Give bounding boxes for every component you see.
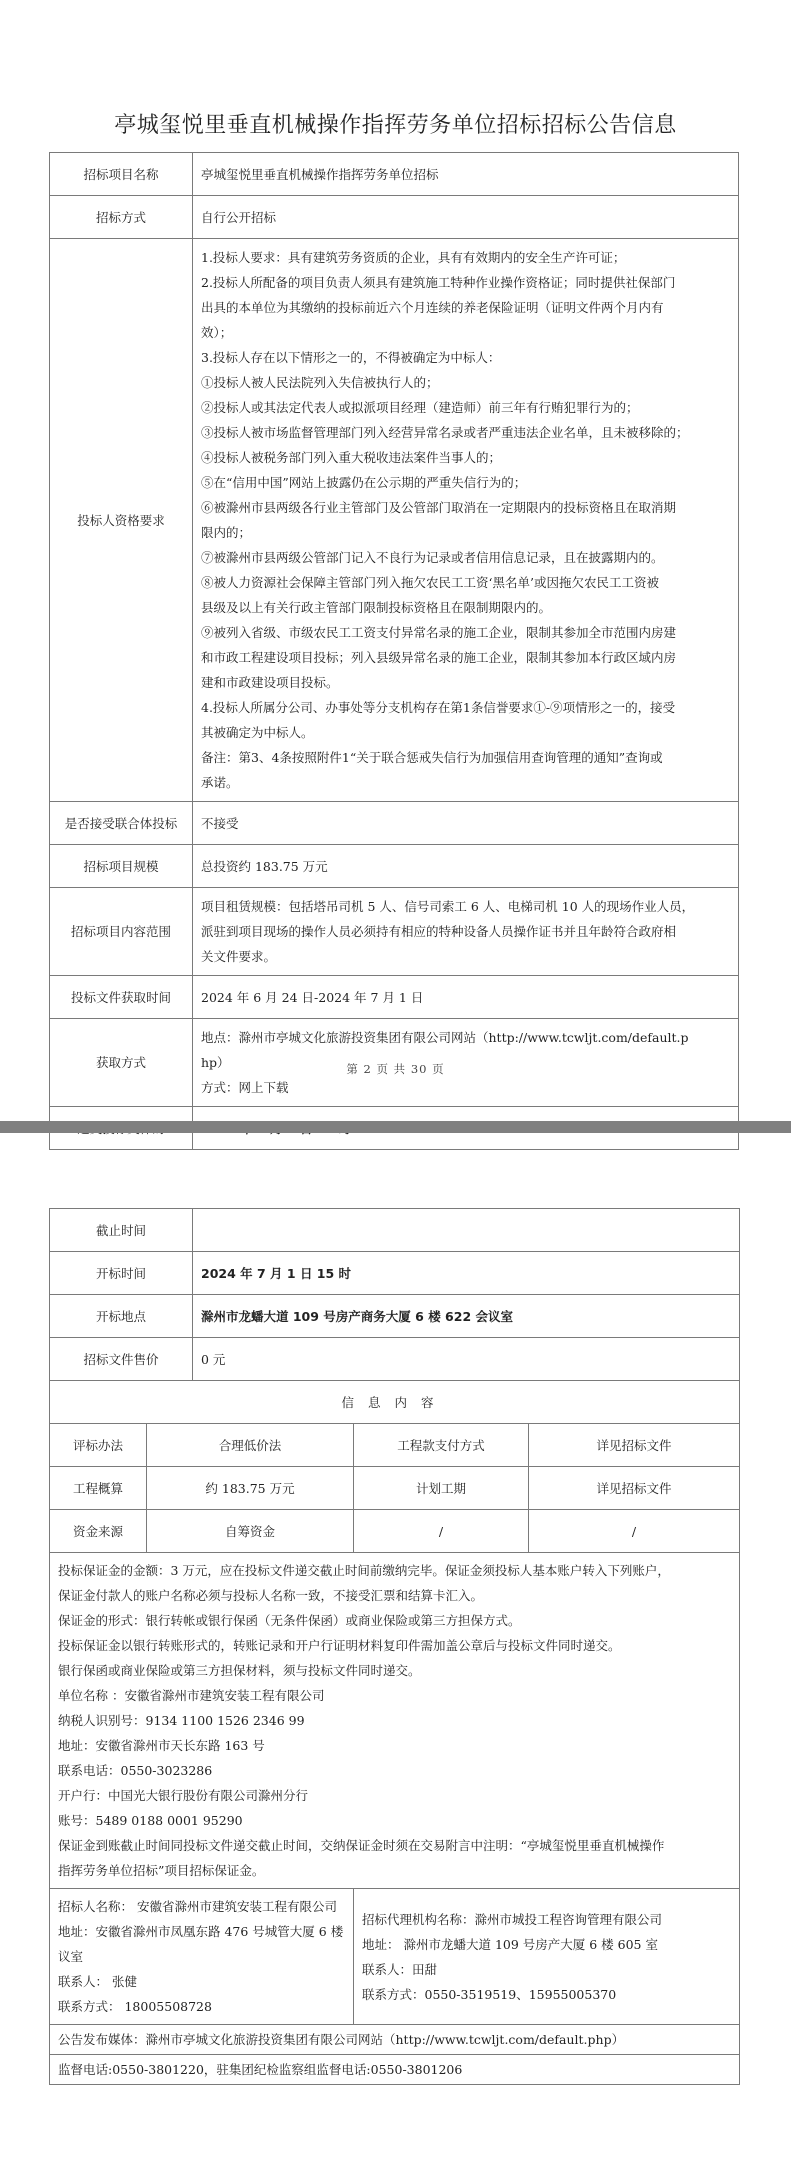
- table-row: 招标项目内容范围 项目租赁规模：包括塔吊司机 5 人、信号司索工 6 人、电梯司…: [50, 888, 739, 976]
- table-row: 截止时间: [50, 1209, 740, 1252]
- deadline-value: [193, 1209, 740, 1252]
- table-row: 公告发布媒体：滁州市亭城文化旅游投资集团有限公司网站（http://www.tc…: [50, 2025, 740, 2055]
- row-label: 招标文件售价: [50, 1338, 193, 1381]
- deposit-line: 保证金付款人的账户名称必须与投标人名称一致，不接受汇票和结算卡汇入。: [58, 1583, 731, 1608]
- table-row: 开标地点 滁州市龙蟠大道 109 号房产商务大厦 6 楼 622 会议室: [50, 1295, 740, 1338]
- grid-cell: 详见招标文件: [529, 1424, 740, 1467]
- requirement-line: 其被确定为中标人。: [201, 720, 730, 745]
- requirement-line: 县级及以上有关行政主管部门限制投标资格且在限制期限内的。: [201, 595, 730, 620]
- tenderer-line: 联系人： 张健: [58, 1969, 345, 1994]
- tender-info-table-page1: 招标项目名称 亭城玺悦里垂直机械操作指挥劳务单位招标 招标方式 自行公开招标 投…: [49, 152, 739, 1150]
- document-price-value: 0 元: [193, 1338, 740, 1381]
- deposit-line: 开户行：中国光大银行股份有限公司滁州分行: [58, 1783, 731, 1808]
- scope-value: 项目租赁规模：包括塔吊司机 5 人、信号司索工 6 人、电梯司机 10 人的现场…: [193, 888, 739, 976]
- row-label: 招标项目名称: [50, 153, 193, 196]
- project-name-value: 亭城玺悦里垂直机械操作指挥劳务单位招标: [193, 153, 739, 196]
- scope-line: 派驻到项目现场的操作人员必须持有相应的特种设备人员操作证书并且年龄符合政府相: [201, 919, 730, 944]
- agent-line: 联系人：田甜: [362, 1957, 731, 1982]
- deposit-line: 账号：5489 0188 0001 95290: [58, 1808, 731, 1833]
- requirement-line: ⑥被滁州市县两级各行业主管部门及公管部门取消在一定期限内的投标资格且在取消期: [201, 495, 730, 520]
- deposit-line: 联系电话：0550-3023286: [58, 1758, 731, 1783]
- requirement-line: 4.投标人所属分公司、办事处等分支机构存在第1条信誉要求①-⑨项情形之一的，接受: [201, 695, 730, 720]
- page-number: 第 2 页 共 30 页: [0, 1061, 791, 1077]
- qualification-requirements: 1.投标人要求：具有建筑劳务资质的企业，具有有效期内的安全生产许可证； 2.投标…: [193, 239, 739, 802]
- requirement-line: 效）；: [201, 320, 730, 345]
- deposit-line: 纳税人识别号：9134 1100 1526 2346 99: [58, 1708, 731, 1733]
- row-label: 开标时间: [50, 1252, 193, 1295]
- opening-location-value: 滁州市龙蟠大道 109 号房产商务大厦 6 楼 622 会议室: [193, 1295, 740, 1338]
- deposit-line: 单位名称 ：安徽省滁州市建筑安装工程有限公司: [58, 1683, 731, 1708]
- scale-value: 总投资约 183.75 万元: [193, 845, 739, 888]
- table-row: 投标人资格要求 1.投标人要求：具有建筑劳务资质的企业，具有有效期内的安全生产许…: [50, 239, 739, 802]
- table-row: 信息内容: [50, 1381, 740, 1424]
- row-label: 招标方式: [50, 196, 193, 239]
- obtain-time-value: 2024 年 6 月 24 日-2024 年 7 月 1 日: [193, 976, 739, 1019]
- grid-cell: 合理低价法: [147, 1424, 354, 1467]
- deposit-line: 投标保证金的金额：3 万元，应在投标文件递交截止时间前缴纳完毕。保证金须投标人基…: [58, 1558, 731, 1583]
- requirement-line: 建和市政建设项目投标。: [201, 670, 730, 695]
- page-separator: [0, 1121, 791, 1133]
- requirement-line: ⑦被滁州市县两级公管部门记入不良行为记录或者信用信息记录，且在披露期内的。: [201, 545, 730, 570]
- deposit-line: 投标保证金以银行转账形式的，转账记录和开户行证明材料复印件需加盖公章后与投标文件…: [58, 1633, 731, 1658]
- grid-cell: 评标办法: [50, 1424, 147, 1467]
- agent-line: 招标代理机构名称：滁州市城投工程咨询管理有限公司: [362, 1907, 731, 1932]
- page-title: 亭城玺悦里垂直机械操作指挥劳务单位招标招标公告信息: [0, 112, 791, 140]
- grid-cell: 工程概算: [50, 1467, 147, 1510]
- row-label: 招标项目内容范围: [50, 888, 193, 976]
- requirement-line: 限内的；: [201, 520, 730, 545]
- row-label: 投标文件获取时间: [50, 976, 193, 1019]
- tenderer-line: 议室: [58, 1944, 345, 1969]
- requirement-line: 2.投标人所配备的项目负责人须具有建筑施工特种作业操作资格证；同时提供社保部门: [201, 270, 730, 295]
- agent-info: 招标代理机构名称：滁州市城投工程咨询管理有限公司 地址： 滁州市龙蟠大道 109…: [354, 1889, 740, 2025]
- table-row: 开标时间 2024 年 7 月 1 日 15 时: [50, 1252, 740, 1295]
- requirement-line: ③投标人被市场监督管理部门列入经营异常名录或者严重违法企业名单，且未被移除的；: [201, 420, 730, 445]
- scope-line: 关文件要求。: [201, 944, 730, 969]
- row-label: 投标人资格要求: [50, 239, 193, 802]
- tender-method-value: 自行公开招标: [193, 196, 739, 239]
- table-row: 投标文件获取时间 2024 年 6 月 24 日-2024 年 7 月 1 日: [50, 976, 739, 1019]
- requirement-line: 3.投标人存在以下情形之一的，不得被确定为中标人：: [201, 345, 730, 370]
- deposit-info: 投标保证金的金额：3 万元，应在投标文件递交截止时间前缴纳完毕。保证金须投标人基…: [50, 1553, 740, 1889]
- requirement-line: 承诺。: [201, 770, 730, 795]
- row-label: 是否接受联合体投标: [50, 802, 193, 845]
- grid-cell: 计划工期: [354, 1467, 529, 1510]
- agent-line: 联系方式：0550-3519519、15955005370: [362, 1982, 731, 2007]
- row-label: 开标地点: [50, 1295, 193, 1338]
- table-row: 是否接受联合体投标 不接受: [50, 802, 739, 845]
- table-row: 招标人名称： 安徽省滁州市建筑安装工程有限公司 地址：安徽省滁州市凤凰东路 47…: [50, 1889, 740, 2025]
- requirement-line: ⑤在“信用中国”网站上披露仍在公示期的严重失信行为的；: [201, 470, 730, 495]
- tenderer-info: 招标人名称： 安徽省滁州市建筑安装工程有限公司 地址：安徽省滁州市凤凰东路 47…: [50, 1889, 354, 2025]
- agent-line: 地址： 滁州市龙蟠大道 109 号房产大厦 6 楼 605 室: [362, 1932, 731, 1957]
- requirement-line: ①投标人被人民法院列入失信被执行人的；: [201, 370, 730, 395]
- table-row: 评标办法 合理低价法 工程款支付方式 详见招标文件: [50, 1424, 740, 1467]
- consortium-value: 不接受: [193, 802, 739, 845]
- table-row: 招标项目名称 亭城玺悦里垂直机械操作指挥劳务单位招标: [50, 153, 739, 196]
- obtain-method-line: 方式：网上下载: [201, 1075, 730, 1100]
- grid-cell: /: [354, 1510, 529, 1553]
- grid-cell: 资金来源: [50, 1510, 147, 1553]
- table-row: 招标项目规模 总投资约 183.75 万元: [50, 845, 739, 888]
- row-label: 招标项目规模: [50, 845, 193, 888]
- deposit-line: 保证金到账截止时间同投标文件递交截止时间，交纳保证金时须在交易附言中注明：“亭城…: [58, 1833, 731, 1858]
- table-row: 资金来源 自筹资金 / /: [50, 1510, 740, 1553]
- table-row: 投标保证金的金额：3 万元，应在投标文件递交截止时间前缴纳完毕。保证金须投标人基…: [50, 1553, 740, 1889]
- requirement-line: 1.投标人要求：具有建筑劳务资质的企业，具有有效期内的安全生产许可证；: [201, 245, 730, 270]
- grid-cell: /: [529, 1510, 740, 1553]
- scope-line: 项目租赁规模：包括塔吊司机 5 人、信号司索工 6 人、电梯司机 10 人的现场…: [201, 894, 730, 919]
- requirement-line: 出具的本单位为其缴纳的投标前近六个月连续的养老保险证明（证明文件两个月内有: [201, 295, 730, 320]
- deposit-line: 指挥劳务单位招标”项目招标保证金。: [58, 1858, 731, 1883]
- row-label: 截止时间: [50, 1209, 193, 1252]
- requirement-line: ④投标人被税务部门列入重大税收违法案件当事人的；: [201, 445, 730, 470]
- supervision-phone: 监督电话:0550-3801220，驻集团纪检监察组监督电话:0550-3801…: [50, 2055, 740, 2085]
- tenderer-line: 联系方式： 18005508728: [58, 1994, 345, 2019]
- opening-time-value: 2024 年 7 月 1 日 15 时: [193, 1252, 740, 1295]
- info-section-header: 信息内容: [50, 1381, 740, 1424]
- grid-cell: 工程款支付方式: [354, 1424, 529, 1467]
- obtain-method-line: 地点：滁州市亭城文化旅游投资集团有限公司网站（http://www.tcwljt…: [201, 1025, 730, 1050]
- requirement-line: ②投标人或其法定代表人或拟派项目经理（建造师）前三年有行贿犯罪行为的；: [201, 395, 730, 420]
- grid-cell: 自筹资金: [147, 1510, 354, 1553]
- tender-info-table-page2: 截止时间 开标时间 2024 年 7 月 1 日 15 时 开标地点 滁州市龙蟠…: [49, 1208, 740, 2085]
- grid-cell: 约 183.75 万元: [147, 1467, 354, 1510]
- requirement-line: 和市政工程建设项目投标；列入县级异常名录的施工企业，限制其参加本行政区域内房: [201, 645, 730, 670]
- table-row: 工程概算 约 183.75 万元 计划工期 详见招标文件: [50, 1467, 740, 1510]
- tenderer-line: 招标人名称： 安徽省滁州市建筑安装工程有限公司: [58, 1894, 345, 1919]
- tenderer-line: 地址：安徽省滁州市凤凰东路 476 号城管大厦 6 楼 会: [58, 1919, 345, 1944]
- requirement-line: ⑧被人力资源社会保障主管部门列入拖欠农民工工资‘黑名单’或因拖欠农民工工资被: [201, 570, 730, 595]
- table-row: 招标方式 自行公开招标: [50, 196, 739, 239]
- requirement-line: 备注：第3、4条按照附件1“关于联合惩戒失信行为加强信用查询管理的通知”查询或: [201, 745, 730, 770]
- table-row: 监督电话:0550-3801220，驻集团纪检监察组监督电话:0550-3801…: [50, 2055, 740, 2085]
- table-row: 招标文件售价 0 元: [50, 1338, 740, 1381]
- requirement-line: ⑨被列入省级、市级农民工工资支付异常名录的施工企业，限制其参加全市范围内房建: [201, 620, 730, 645]
- publish-media: 公告发布媒体：滁州市亭城文化旅游投资集团有限公司网站（http://www.tc…: [50, 2025, 740, 2055]
- deposit-line: 地址：安徽省滁州市天长东路 163 号: [58, 1733, 731, 1758]
- deposit-line: 银行保函或商业保险或第三方担保材料，须与投标文件同时递交。: [58, 1658, 731, 1683]
- grid-cell: 详见招标文件: [529, 1467, 740, 1510]
- deposit-line: 保证金的形式：银行转帐或银行保函（无条件保函）或商业保险或第三方担保方式。: [58, 1608, 731, 1633]
